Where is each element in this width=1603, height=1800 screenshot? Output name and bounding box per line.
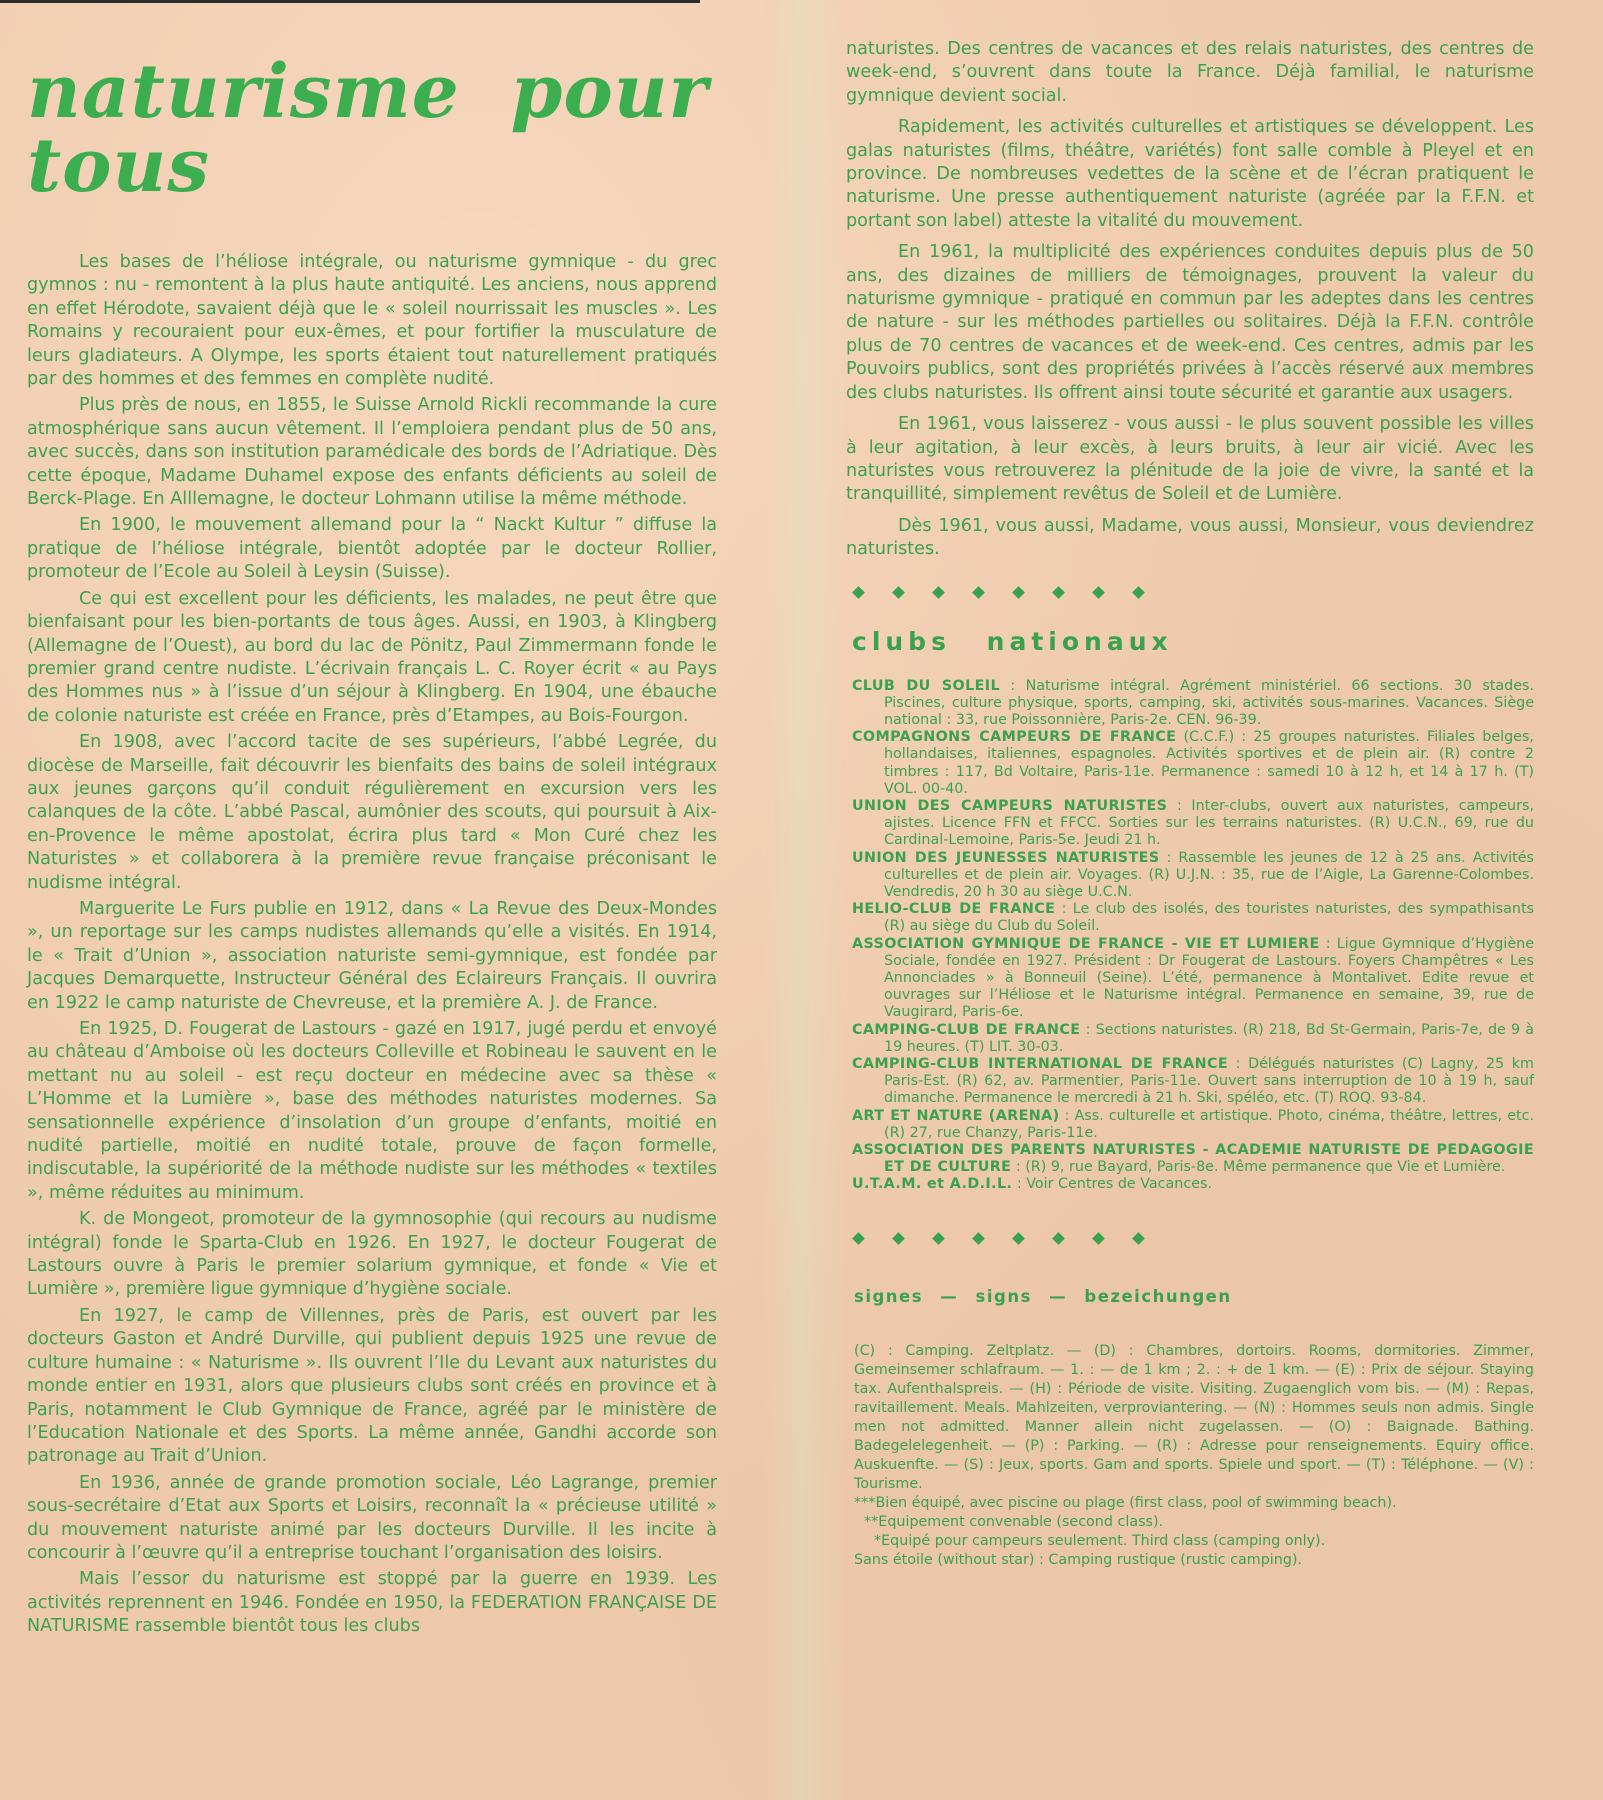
club-name: UNION DES CAMPEURS NATURISTES <box>852 798 1167 814</box>
article-paragraph: Les bases de l’héliose intégrale, ou nat… <box>27 251 717 391</box>
club-entry: ASSOCIATION GYMNIQUE DE FRANCE - VIE ET … <box>852 936 1534 1022</box>
diamond-icon <box>932 1232 945 1245</box>
star-legend-2: **Equipement convenable (second class). <box>854 1513 1534 1532</box>
club-name: CAMPING-CLUB DE FRANCE <box>852 1022 1080 1038</box>
article-continuation: naturistes. Des centres de vacances et d… <box>846 38 1534 108</box>
diamond-icon <box>852 1232 865 1245</box>
club-entry: COMPAGNONS CAMPEURS DE FRANCE (C.C.F.) :… <box>852 729 1534 798</box>
diamond-icon <box>1092 1232 1105 1245</box>
diamond-icon <box>1092 586 1105 599</box>
club-details: : (R) 9, rue Bayard, Paris-8e. Même perm… <box>1011 1159 1505 1175</box>
diamond-icon <box>852 586 865 599</box>
right-column: naturistes. Des centres de vacances et d… <box>846 38 1534 1570</box>
club-name: U.T.A.M. et A.D.I.L. <box>852 1176 1012 1192</box>
article-paragraph: Mais l’essor du naturisme est stoppé par… <box>27 1568 717 1638</box>
article-paragraph: Marguerite Le Furs publie en 1912, dans … <box>27 898 717 1015</box>
signs-heading: signes — signs — bezeichungen <box>854 1287 1534 1306</box>
club-entry: ASSOCIATION DES PARENTS NATURISTES - ACA… <box>852 1142 1534 1176</box>
club-entry: CAMPING-CLUB INTERNATIONAL DE FRANCE : D… <box>852 1056 1534 1108</box>
diamond-icon <box>1132 586 1145 599</box>
scan-edge <box>0 0 700 3</box>
club-details: : Voir Centres de Vacances. <box>1012 1176 1212 1192</box>
diamond-icon <box>1052 586 1065 599</box>
clubs-heading: clubs nationaux <box>852 627 1534 656</box>
article-paragraph: En 1961, vous laisserez - vous aussi - l… <box>846 413 1534 507</box>
article-paragraph: En 1925, D. Fougerat de Lastours - gazé … <box>27 1018 717 1205</box>
article-paragraph: En 1927, le camp de Villennes, près de P… <box>27 1305 717 1469</box>
club-entry: UNION DES JEUNESSES NATURISTES : Rassemb… <box>852 850 1534 902</box>
page-title: naturisme pour tous <box>27 55 717 203</box>
article-paragraph: Dès 1961, vous aussi, Madame, vous aussi… <box>846 515 1534 562</box>
diamond-icon <box>1012 586 1025 599</box>
article-paragraph: En 1908, avec l’accord tacite de ses sup… <box>27 731 717 895</box>
diamond-icon <box>972 1232 985 1245</box>
club-entry: HELIO-CLUB DE FRANCE : Le club des isolé… <box>852 901 1534 935</box>
club-entry: CAMPING-CLUB DE FRANCE : Sections naturi… <box>852 1022 1534 1056</box>
club-entry: UNION DES CAMPEURS NATURISTES : Inter-cl… <box>852 798 1534 850</box>
article-paragraph: En 1961, la multiplicité des expériences… <box>846 241 1534 405</box>
club-name: COMPAGNONS CAMPEURS DE FRANCE <box>852 729 1176 745</box>
signs-text: (C) : Camping. Zeltplatz. — (D) : Chambr… <box>854 1342 1534 1494</box>
article-paragraph: Plus près de nous, en 1855, le Suisse Ar… <box>27 394 717 511</box>
article-paragraph: K. de Mongeot, promoteur de la gymnosoph… <box>27 1208 717 1302</box>
star-legend-1: *Equipé pour campeurs seulement. Third c… <box>854 1532 1534 1551</box>
club-name: CLUB DU SOLEIL <box>852 678 1000 694</box>
diamond-icon <box>1012 1232 1025 1245</box>
club-name: HELIO-CLUB DE FRANCE <box>852 901 1055 917</box>
article-paragraph: En 1936, année de grande promotion socia… <box>27 1472 717 1566</box>
diamond-icon <box>892 586 905 599</box>
club-name: UNION DES JEUNESSES NATURISTES <box>852 850 1160 866</box>
club-name: ART ET NATURE (ARENA) <box>852 1108 1060 1124</box>
article-body: Les bases de l’héliose intégrale, ou nat… <box>27 251 717 1639</box>
left-column: naturisme pour tous Les bases de l’hélio… <box>27 55 717 1642</box>
article-paragraph: Rapidement, les activités culturelles et… <box>846 116 1534 233</box>
clubs-list: CLUB DU SOLEIL : Naturisme intégral. Agr… <box>852 678 1534 1194</box>
diamond-icon <box>892 1232 905 1245</box>
article-paragraph: En 1900, le mouvement allemand pour la “… <box>27 514 717 584</box>
star-legend-3: ***Bien équipé, avec piscine ou plage (f… <box>854 1494 1534 1513</box>
ornament-divider <box>854 588 1534 597</box>
club-name: CAMPING-CLUB INTERNATIONAL DE FRANCE <box>852 1056 1228 1072</box>
signs-legend: (C) : Camping. Zeltplatz. — (D) : Chambr… <box>854 1342 1534 1570</box>
star-legend-0: Sans étoile (without star) : Camping rus… <box>854 1551 1534 1570</box>
ornament-divider <box>854 1234 1534 1243</box>
diamond-icon <box>932 586 945 599</box>
diamond-icon <box>972 586 985 599</box>
club-entry: CLUB DU SOLEIL : Naturisme intégral. Agr… <box>852 678 1534 730</box>
club-entry: ART ET NATURE (ARENA) : Ass. culturelle … <box>852 1108 1534 1142</box>
diamond-icon <box>1132 1232 1145 1245</box>
club-entry: U.T.A.M. et A.D.I.L. : Voir Centres de V… <box>852 1176 1534 1193</box>
diamond-icon <box>1052 1232 1065 1245</box>
article-paragraph: Ce qui est excellent pour les déficients… <box>27 588 717 728</box>
club-name: ASSOCIATION GYMNIQUE DE FRANCE - VIE ET … <box>852 936 1320 952</box>
article-body-continued: Rapidement, les activités culturelles et… <box>846 116 1534 561</box>
